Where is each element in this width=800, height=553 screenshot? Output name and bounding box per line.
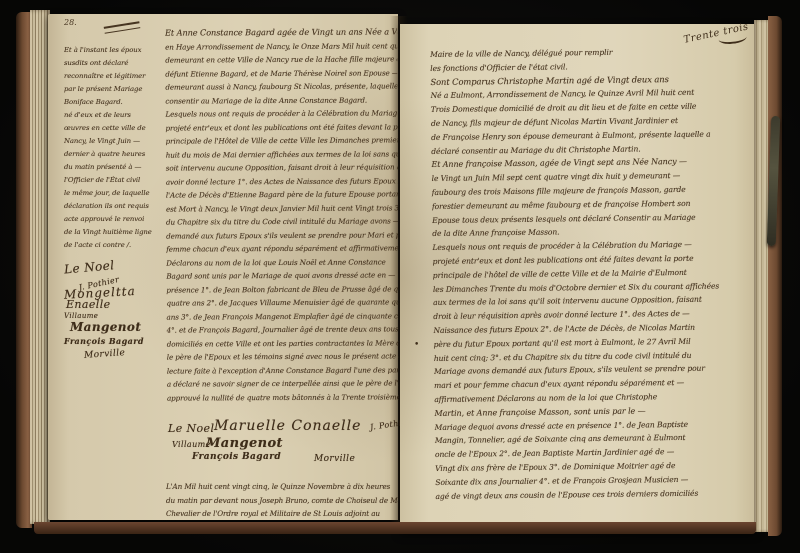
manuscript-line: Bagard sont unis par le Mariage de quoi … <box>166 268 398 283</box>
manuscript-line: lecture faite à l'exception d'Anne Const… <box>167 363 399 378</box>
flourish-mark <box>104 21 141 34</box>
manuscript-line: né d'eux et de leurs <box>64 109 164 122</box>
signature: François Bagard <box>64 336 168 346</box>
folio-number: 28. <box>64 18 77 27</box>
leather-strap <box>767 116 781 246</box>
manuscript-line: de l'acte ci contre /. <box>64 239 164 252</box>
manuscript-line: Déclarons au nom de la loi que Louis Noë… <box>166 255 398 270</box>
manuscript-line: reconnaître et légitimer <box>64 70 164 83</box>
manuscript-line: Boniface Bagard. <box>64 96 164 109</box>
signature: Morville <box>314 454 355 464</box>
signature: Le Noel <box>168 422 214 435</box>
signature: Maruelle Conaelle <box>214 418 361 434</box>
manuscript-line: avoir donné lecture 1°. des Actes de Nai… <box>166 174 398 189</box>
signature: Villaume <box>64 312 168 320</box>
signature: Mangenot <box>70 320 168 334</box>
manuscript-line: L'An Mil huit cent vingt cinq, le Quinze… <box>166 480 398 494</box>
right-main-text: Maire de la ville de Nancy, délégué pour… <box>430 44 752 503</box>
signature: Villaume <box>172 440 211 449</box>
manuscript-line: femme chacun d'eux ayant répondu séparém… <box>166 241 398 256</box>
manuscript-line: acte approuvé le renvoi <box>64 213 164 226</box>
manuscript-line: déclaration ils ont requis <box>64 200 164 213</box>
manuscript-line: a déclaré ne savoir signer de ce interpe… <box>167 376 399 391</box>
manuscript-line: 4°. et de François Bagard, Journalier âg… <box>167 322 399 337</box>
manuscript-line: soit intervenu aucune Opposition, faisan… <box>166 160 398 175</box>
signature: Morville <box>84 345 168 361</box>
manuscript-line: domiciliés en cette Ville et ont les par… <box>167 336 399 351</box>
manuscript-line: Nancy, le Vingt Juin — <box>64 135 164 148</box>
margin-signatures: Le NoelJ. PothierMongelttaEnaelleVillaum… <box>64 258 168 360</box>
signature: Mangenot <box>206 436 283 451</box>
manuscript-line: en Haye Arrondissement de Nancy, le Onze… <box>165 39 397 54</box>
margin-mark: • <box>414 340 419 350</box>
photo-background: 28. Et à l'instant les épouxsusdits ont … <box>0 0 800 553</box>
manuscript-line: approuvé la nullité de quatre mots bâton… <box>167 390 399 405</box>
manuscript-line: Chevalier de l'Ordre royal et Militaire … <box>166 507 398 521</box>
manuscript-line: le père de l'Epoux et les témoins signé … <box>167 349 399 364</box>
manuscript-line: demeurant en cette Ville de Nancy rue de… <box>165 52 397 67</box>
closing-paragraph: L'An Mil huit cent vingt cinq, le Quinze… <box>166 480 398 521</box>
signature: François Bagard <box>192 452 281 462</box>
left-page: 28. Et à l'instant les épouxsusdits ont … <box>48 14 398 520</box>
manuscript-line: quatre ans 2°. de Jacques Villaume Menui… <box>166 295 398 310</box>
manuscript-line: demandé aux futurs Epoux s'ils veulent s… <box>166 228 398 243</box>
right-page: Trente trois • Maire de la ville de Nanc… <box>400 24 756 532</box>
manuscript-line: du matin par devant nous Joseph Bruno, c… <box>166 494 398 508</box>
page-edges-left <box>30 10 50 524</box>
manuscript-line: demeurant aussi à Nancy, faubourg St Nic… <box>165 79 397 94</box>
manuscript-line: par le présent Mariage <box>64 83 164 96</box>
manuscript-line: l'Officier de l'État civil <box>64 174 164 187</box>
manuscript-line: susdits ont déclaré <box>64 57 164 70</box>
manuscript-line: défunt Etienne Bagard, et de Marie Thérè… <box>165 66 397 81</box>
manuscript-line: le même jour, de laquelle <box>64 187 164 200</box>
manuscript-line: dernier à quatre heures <box>64 148 164 161</box>
signature-block: Le NoelMaruelle ConaelleJ. PothierVillau… <box>168 418 408 478</box>
manuscript-line: consentir au Mariage de la dite Anne Con… <box>165 93 397 108</box>
manuscript-line: est Mort à Nancy, le Vingt deux Janvier … <box>166 201 398 216</box>
manuscript-line: projeté entr'eux et dont les publication… <box>166 120 398 135</box>
manuscript-line: principale de l'Hôtel de Ville de cette … <box>166 133 398 148</box>
left-main-text: Et Anne Constance Bagard agée de Vingt u… <box>165 25 399 404</box>
manuscript-line: de la Vingt huitième ligne <box>64 226 164 239</box>
manuscript-line: œuvres en cette ville de <box>64 122 164 135</box>
manuscript-line: présence 1°. de Jean Bolton fabricant de… <box>166 282 398 297</box>
manuscript-line: du matin présenté à — <box>64 161 164 174</box>
book-cover-edge-bottom <box>34 522 756 534</box>
margin-note: Et à l'instant les épouxsusdits ont décl… <box>64 44 164 252</box>
manuscript-line: Lesquels nous ont requis de procéder à l… <box>165 106 397 121</box>
manuscript-line: Et Anne Constance Bagard agée de Vingt u… <box>165 25 397 40</box>
manuscript-line: Et à l'instant les époux <box>64 44 164 57</box>
manuscript-line: du Chapitre six du titre du Code civil i… <box>166 214 398 229</box>
manuscript-line: huit du mois de Mai dernier affichées au… <box>166 147 398 162</box>
manuscript-line: ans 3°. de Jean François Mangenot Emplaf… <box>166 309 398 324</box>
book-cover-edge-right <box>768 16 782 536</box>
register-book: 28. Et à l'instant les épouxsusdits ont … <box>16 6 780 540</box>
manuscript-line: l'Acte de Décès d'Etienne Bagard père de… <box>166 187 398 202</box>
